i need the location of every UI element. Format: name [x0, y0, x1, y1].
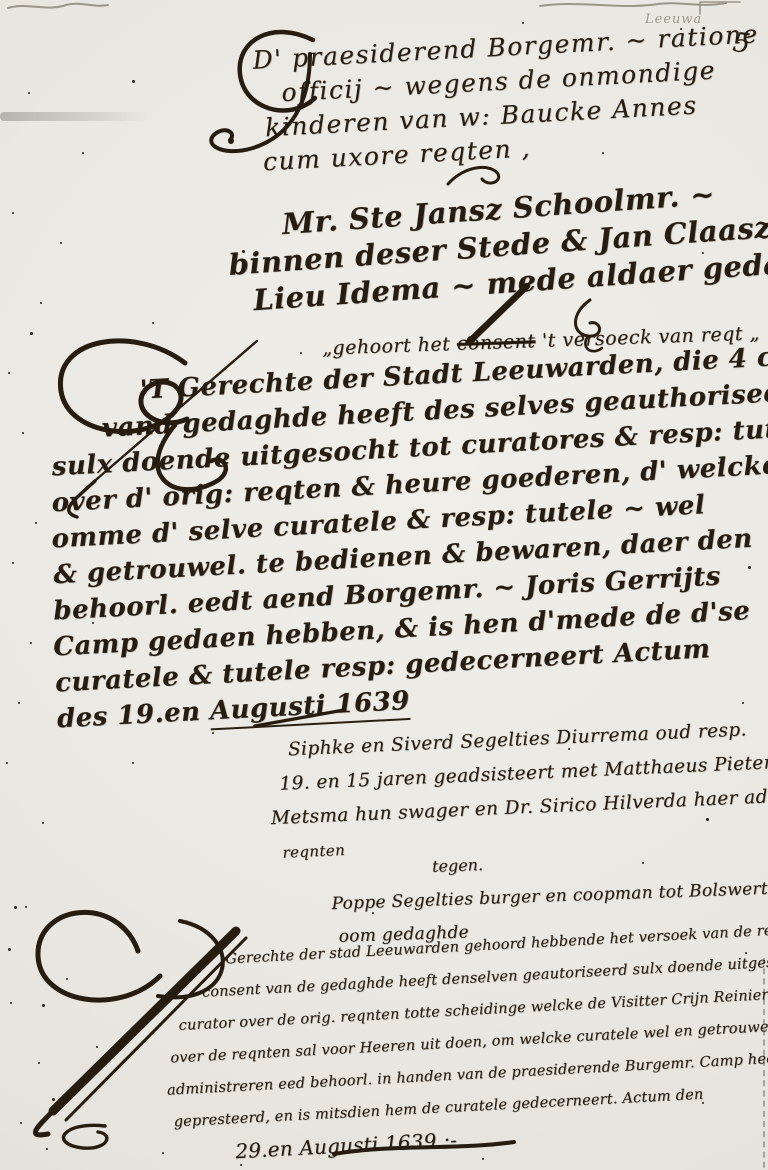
- date-underline-swash: [330, 1140, 520, 1158]
- decree-first-block: 'T Gerechte der Stadt Leeuwarden, die 4 …: [31, 334, 768, 738]
- versus-label: tegen.: [432, 855, 484, 876]
- petitioners-block: Siphke en Siverd Segelties Diurrema oud …: [265, 710, 768, 870]
- note-struck-word: consent: [456, 330, 535, 355]
- date-pre: 29.en: [235, 1136, 300, 1163]
- flourish-squiggle: [440, 160, 510, 195]
- manuscript-page: Leeuwa 5 D' praesiderend Borgemr. ~ rati…: [0, 0, 768, 1170]
- heading-block: D' praesiderend Borgemr. ~ ratione ~ off…: [237, 16, 768, 181]
- ink-stroke-short: [252, 706, 348, 730]
- date-pre: des 19.en: [56, 696, 211, 734]
- decree-second-block: Gerechte der stad Leeuwarden gehoord heb…: [25, 910, 768, 1170]
- smudge-mark: [0, 112, 150, 121]
- note-pre: „gehoort het: [322, 333, 457, 360]
